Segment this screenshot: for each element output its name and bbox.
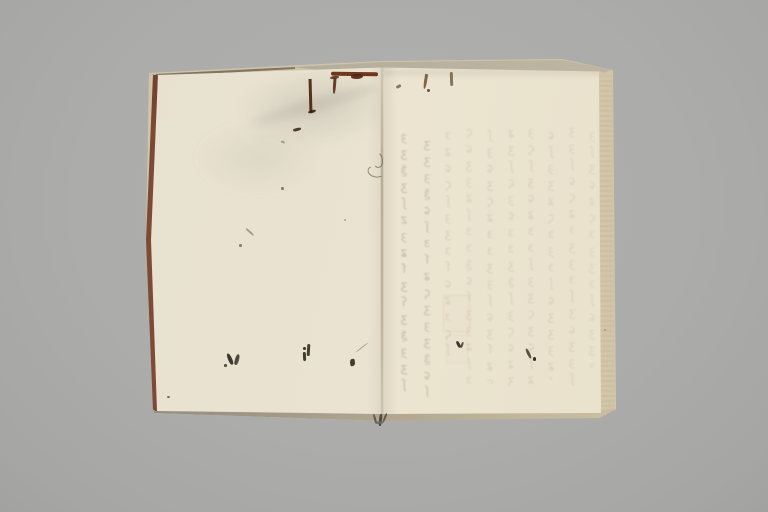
ink-speck: [293, 127, 301, 131]
worm-hole: [226, 353, 235, 366]
binding-thread-tassel: [375, 421, 384, 425]
photo: ȝʒѯӡʃzȝʑſӡʕʒѯȝӡʃʒѯȝʒӡȝѯɕʃзſʑςʒȝӡѯɕʃзʒɜʑɕ…: [0, 0, 768, 512]
ink-speck: [224, 364, 227, 367]
worm-trail-mark: [308, 109, 316, 114]
paper-fiber: [281, 140, 285, 143]
paper-fiber: [355, 342, 368, 353]
ink-speck: [525, 348, 533, 359]
thread-fiber: [367, 164, 386, 179]
paper-fiber: [396, 84, 402, 89]
ink-speck: [349, 359, 355, 367]
worm-trail-mark: [332, 77, 336, 94]
ink-speck: [344, 219, 346, 221]
ink-speck: [167, 396, 170, 398]
worm-trail-mark: [450, 72, 453, 86]
ink-speck: [281, 187, 284, 190]
ink-speck: [239, 244, 242, 247]
red-pigment-stain: [351, 74, 363, 79]
worm-trail-mark: [330, 76, 339, 79]
worm-hole: [234, 354, 240, 366]
ink-speck: [303, 352, 306, 361]
ink-speck: [303, 347, 306, 350]
ink-speck: [533, 357, 536, 361]
marks-layer: [0, 0, 768, 512]
paper-fiber: [246, 228, 254, 236]
worm-trail-mark: [423, 74, 428, 89]
ink-speck: [307, 344, 310, 356]
ink-speck: [604, 329, 606, 331]
worm-trail-mark: [309, 79, 313, 113]
ink-speck: [427, 89, 430, 92]
